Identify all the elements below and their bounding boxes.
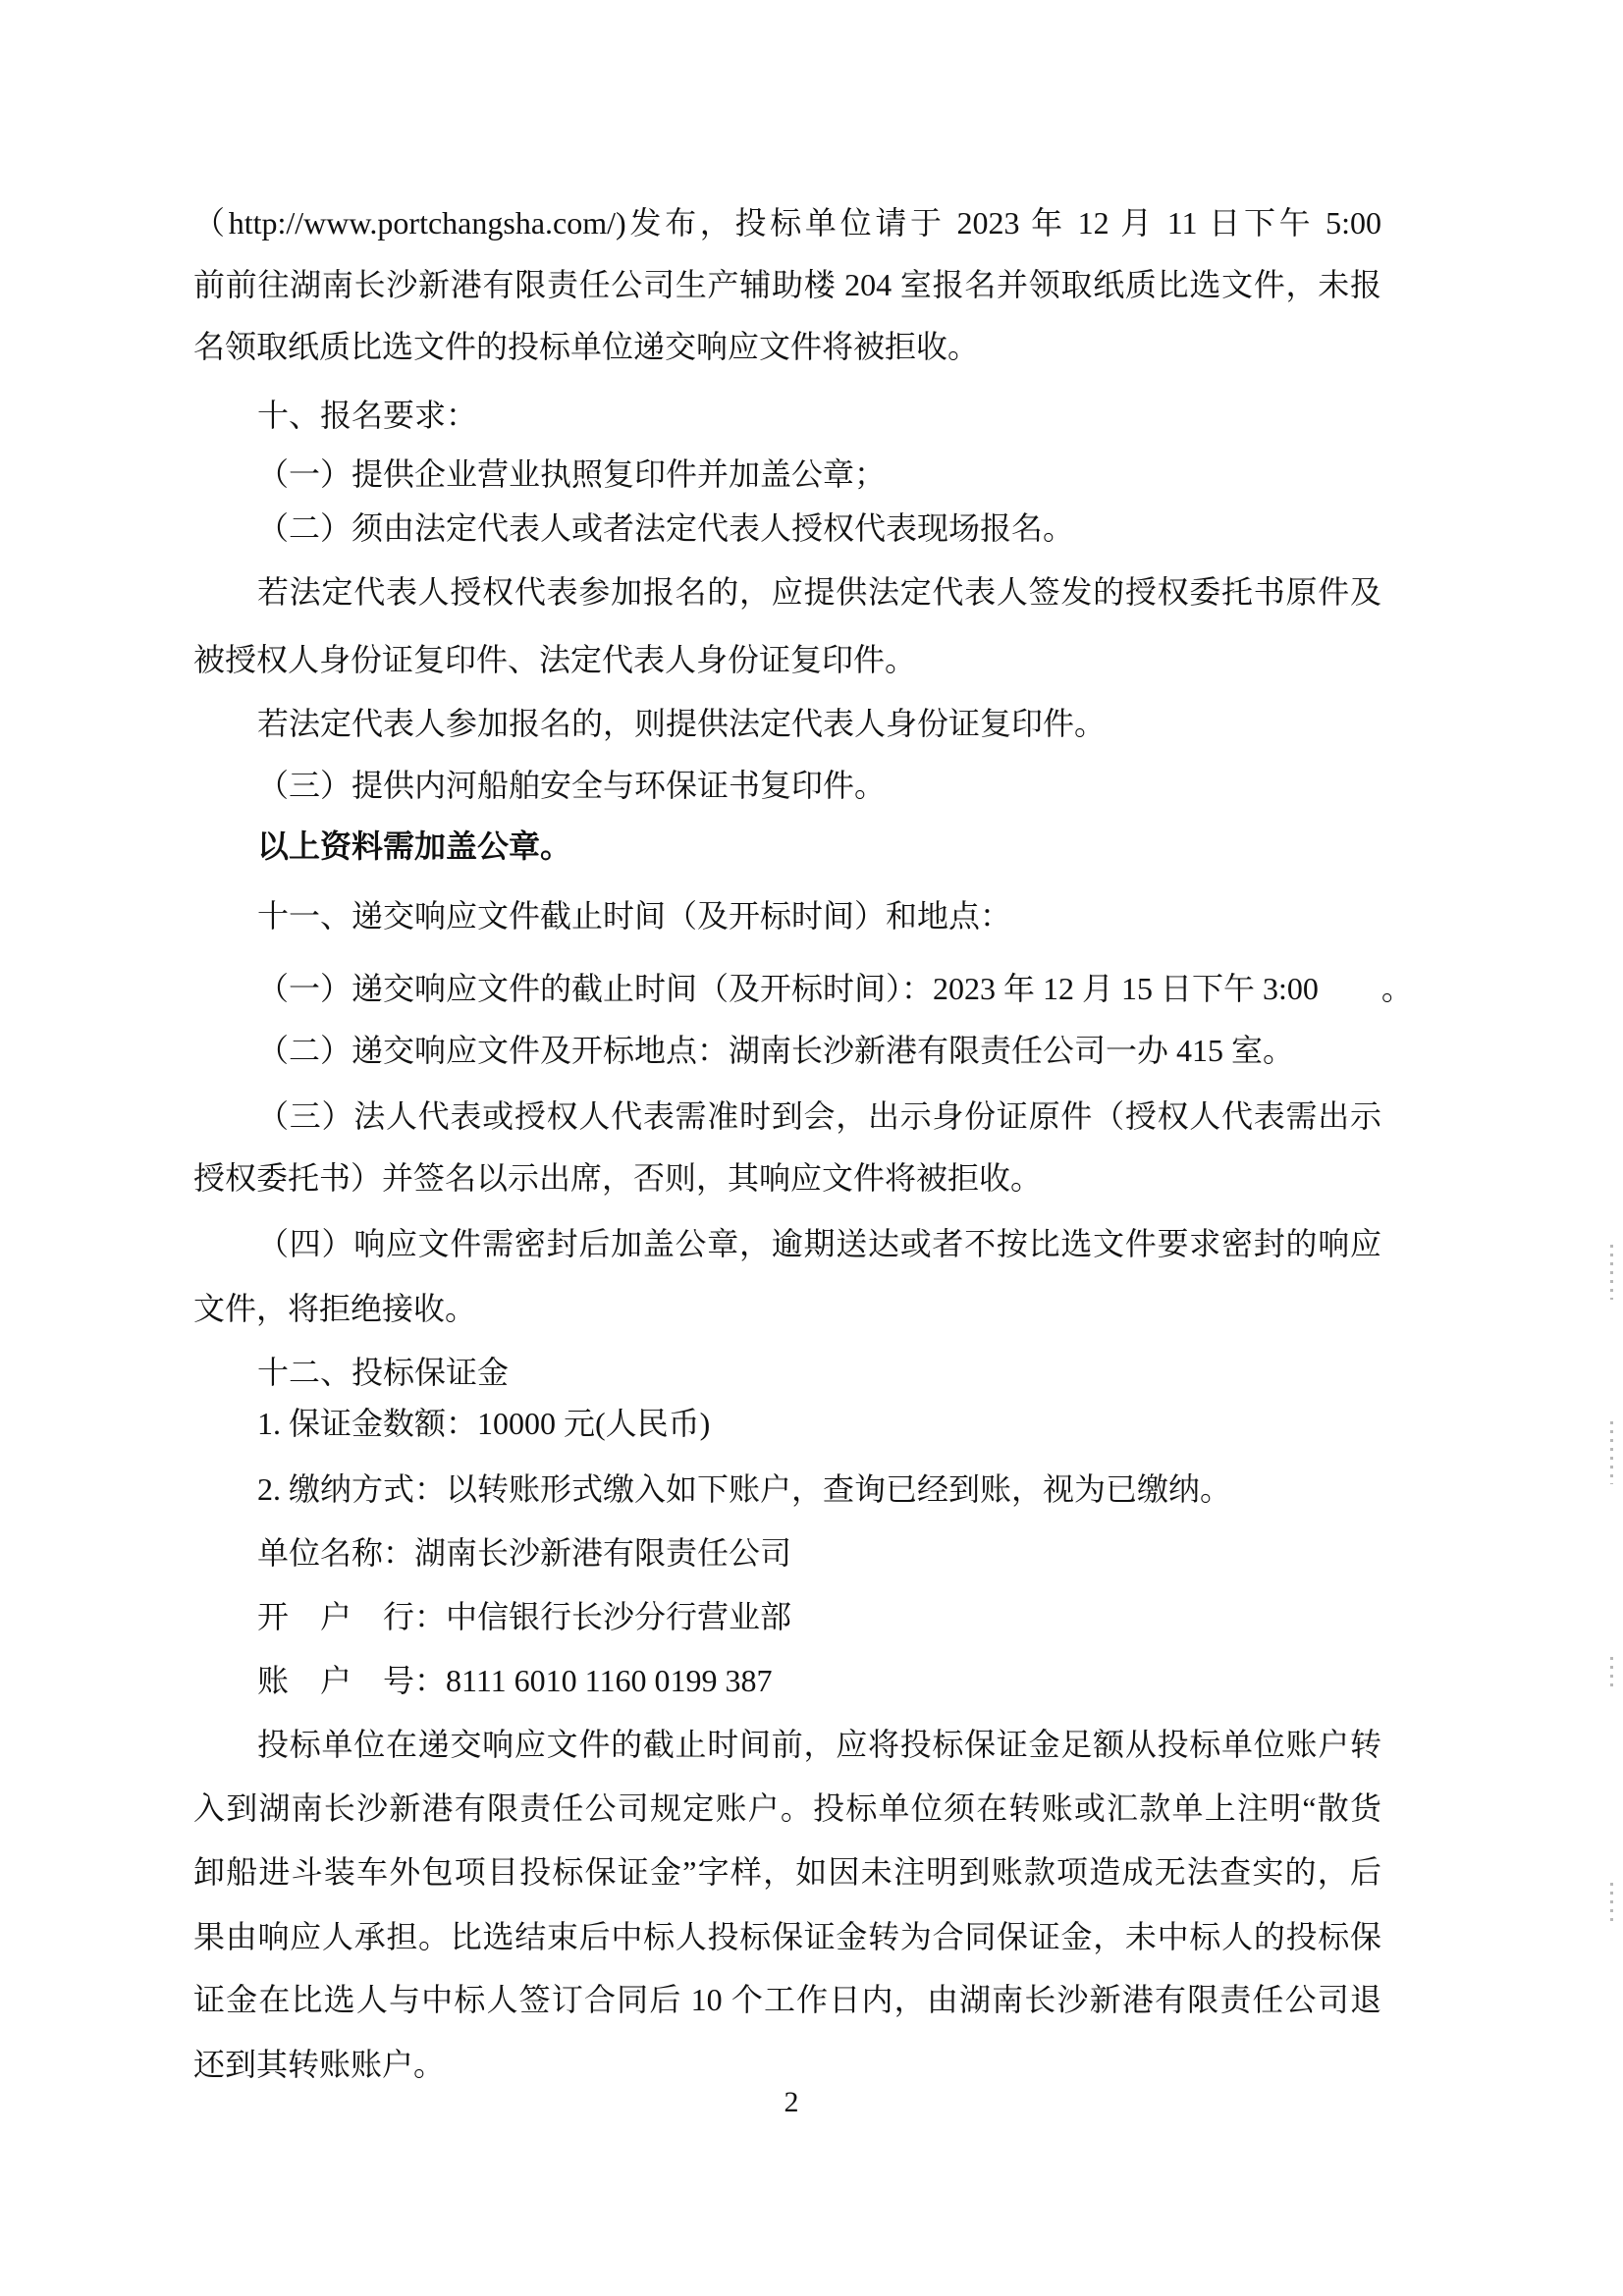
page-number: 2 (782, 2085, 801, 2120)
section-heading-bid-bond: 十二、投标保证金 (257, 1353, 1381, 1392)
submission-item-2: （二）递交响应文件及开标地点：湖南长沙新港有限责任公司一办 415 室。 (257, 1031, 1381, 1070)
document-page: （http://www.portchangsha.com/)发布，投标单位请于 … (0, 0, 1623, 2296)
submission-item-3-cont: 授权委托书）并签名以示出席，否则，其响应文件将被拒收。 (193, 1158, 1381, 1198)
bond-paragraph-line-6: 还到其转账账户。 (193, 2045, 1381, 2084)
text-line-authorized-rep: 若法定代表人授权代表参加报名的，应提供法定代表人签发的授权委托书原件及 (257, 572, 1381, 612)
section-heading-registration-requirements: 十、报名要求： (257, 396, 1381, 435)
scan-artifact-mark (1610, 1657, 1613, 1686)
bond-paragraph-line-5: 证金在比选人与中标人签订合同后 10 个工作日内，由湖南长沙新港有限责任公司退 (193, 1980, 1381, 2019)
scan-artifact-mark (1610, 1883, 1613, 1922)
seal-notice: 以上资料需加盖公章。 (257, 827, 1381, 866)
account-name: 单位名称：湖南长沙新港有限责任公司 (257, 1533, 1381, 1573)
requirement-item-3: （三）提供内河船舶安全与环保证书复印件。 (257, 766, 1381, 805)
bond-paragraph-line-3: 卸船进斗装车外包项目投标保证金”字样，如因未注明到账款项造成无法查实的，后 (193, 1852, 1381, 1892)
bond-paragraph-line-1: 投标单位在递交响应文件的截止时间前，应将投标保证金足额从投标单位账户转 (257, 1725, 1381, 1764)
submission-item-1: （一）递交响应文件的截止时间（及开标时间）：2023 年 12 月 15 日下午… (257, 969, 1381, 1008)
account-bank: 开 户 行：中信银行长沙分行营业部 (257, 1597, 1381, 1636)
text-line-2: 前前往湖南长沙新港有限责任公司生产辅助楼 204 室报名并领取纸质比选文件，未报 (193, 265, 1381, 304)
text-line-3: 名领取纸质比选文件的投标单位递交响应文件将被拒收。 (193, 327, 1381, 366)
bond-amount: 1. 保证金数额：10000 元(人民币) (257, 1404, 1381, 1443)
account-number: 账 户 号：8111 6010 1160 0199 387 (257, 1661, 1381, 1700)
text-line-1: （http://www.portchangsha.com/)发布，投标单位请于 … (193, 203, 1381, 242)
text-line-legal-rep: 若法定代表人参加报名的，则提供法定代表人身份证复印件。 (257, 704, 1381, 743)
section-heading-submission-deadline: 十一、递交响应文件截止时间（及开标时间）和地点： (257, 896, 1381, 935)
bond-paragraph-line-2: 入到湖南长沙新港有限责任公司规定账户。投标单位须在转账或汇款单上注明“散货 (193, 1789, 1381, 1828)
submission-item-4: （四）响应文件需密封后加盖公章，逾期送达或者不按比选文件要求密封的响应 (257, 1224, 1381, 1263)
requirement-item-2: （二）须由法定代表人或者法定代表人授权代表现场报名。 (257, 508, 1381, 548)
submission-item-4-cont: 文件，将拒绝接收。 (193, 1289, 1381, 1328)
bond-payment-method: 2. 缴纳方式：以转账形式缴入如下账户，查询已经到账，视为已缴纳。 (257, 1469, 1381, 1509)
submission-item-3: （三）法人代表或授权人代表需准时到会，出示身份证原件（授权人代表需出示 (257, 1096, 1381, 1136)
scan-artifact-mark (1610, 1245, 1613, 1300)
bond-paragraph-line-4: 果由响应人承担。比选结束后中标人投标保证金转为合同保证金，未中标人的投标保 (193, 1917, 1381, 1956)
text-line-authorized-rep-cont: 被授权人身份证复印件、法定代表人身份证复印件。 (193, 640, 1381, 679)
scan-artifact-mark (1610, 1421, 1613, 1484)
requirement-item-1: （一）提供企业营业执照复印件并加盖公章； (257, 454, 1381, 494)
